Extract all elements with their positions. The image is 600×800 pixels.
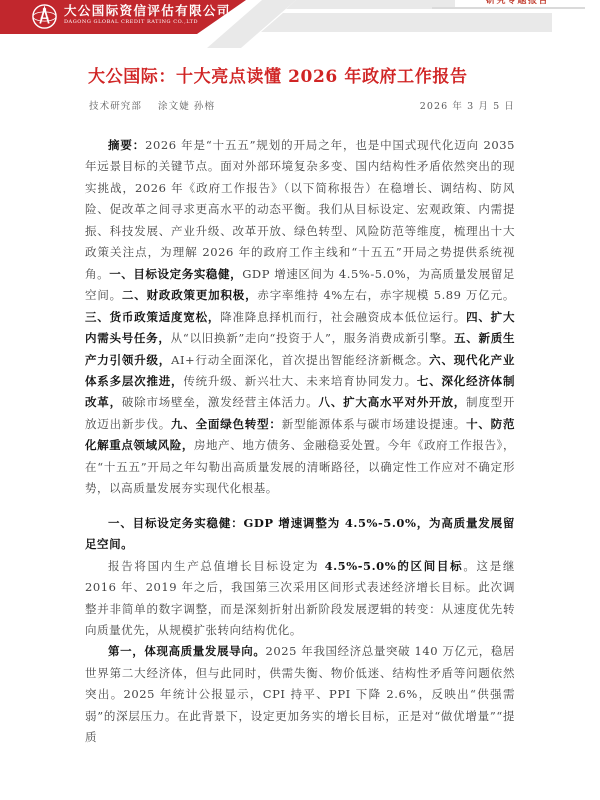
page-header: 大公国际资信评估有限公司 DAGONG GLOBAL CREDIT RATING…	[0, 0, 600, 52]
report-page: 大公国际资信评估有限公司 DAGONG GLOBAL CREDIT RATING…	[0, 0, 600, 800]
corner-clipped-text: 研究专题报告	[486, 0, 546, 5]
byline-row: 技术研究部 涂文婕 孙榕 2026 年 3 月 5 日	[89, 98, 515, 112]
report-title: 大公国际：十大亮点读懂 2026 年政府工作报告	[88, 62, 540, 87]
company-name-en: DAGONG GLOBAL CREDIT RATING CO.,LTD	[64, 19, 231, 26]
report-date: 2026 年 3 月 5 日	[420, 98, 515, 112]
article-body: 摘要：2026 年是“十五五”规划的开局之年，也是中国式现代化迈向 2035 年…	[85, 135, 515, 749]
decorative-hairline	[432, 7, 585, 9]
company-name-cn: 大公国际资信评估有限公司	[64, 4, 231, 18]
brand-text-block: 大公国际资信评估有限公司 DAGONG GLOBAL CREDIT RATING…	[64, 4, 231, 26]
byline-authors: 涂文婕 孙榕	[158, 98, 215, 112]
section-1-heading: 一、目标设定务实稳健：GDP 增速调整为 4.5%-5.0%，为高质量发展留足空…	[85, 513, 515, 556]
section-1-paragraph-2: 第一，体现高质量发展导向。2025 年我国经济总量突破 140 万亿元，稳居世界…	[85, 641, 515, 748]
brand-banner: 大公国际资信评估有限公司 DAGONG GLOBAL CREDIT RATING…	[0, 0, 252, 34]
section-1-paragraph-1: 报告将国内生产总值增长目标设定为 4.5%-5.0%的区间目标。这是继 2016…	[85, 556, 515, 642]
byline-authors-block: 技术研究部 涂文婕 孙榕	[89, 98, 215, 112]
abstract-paragraph: 摘要：2026 年是“十五五”规划的开局之年，也是中国式现代化迈向 2035 年…	[85, 135, 515, 500]
dagong-globe-logo-icon	[31, 3, 58, 30]
byline-department: 技术研究部	[89, 98, 142, 112]
